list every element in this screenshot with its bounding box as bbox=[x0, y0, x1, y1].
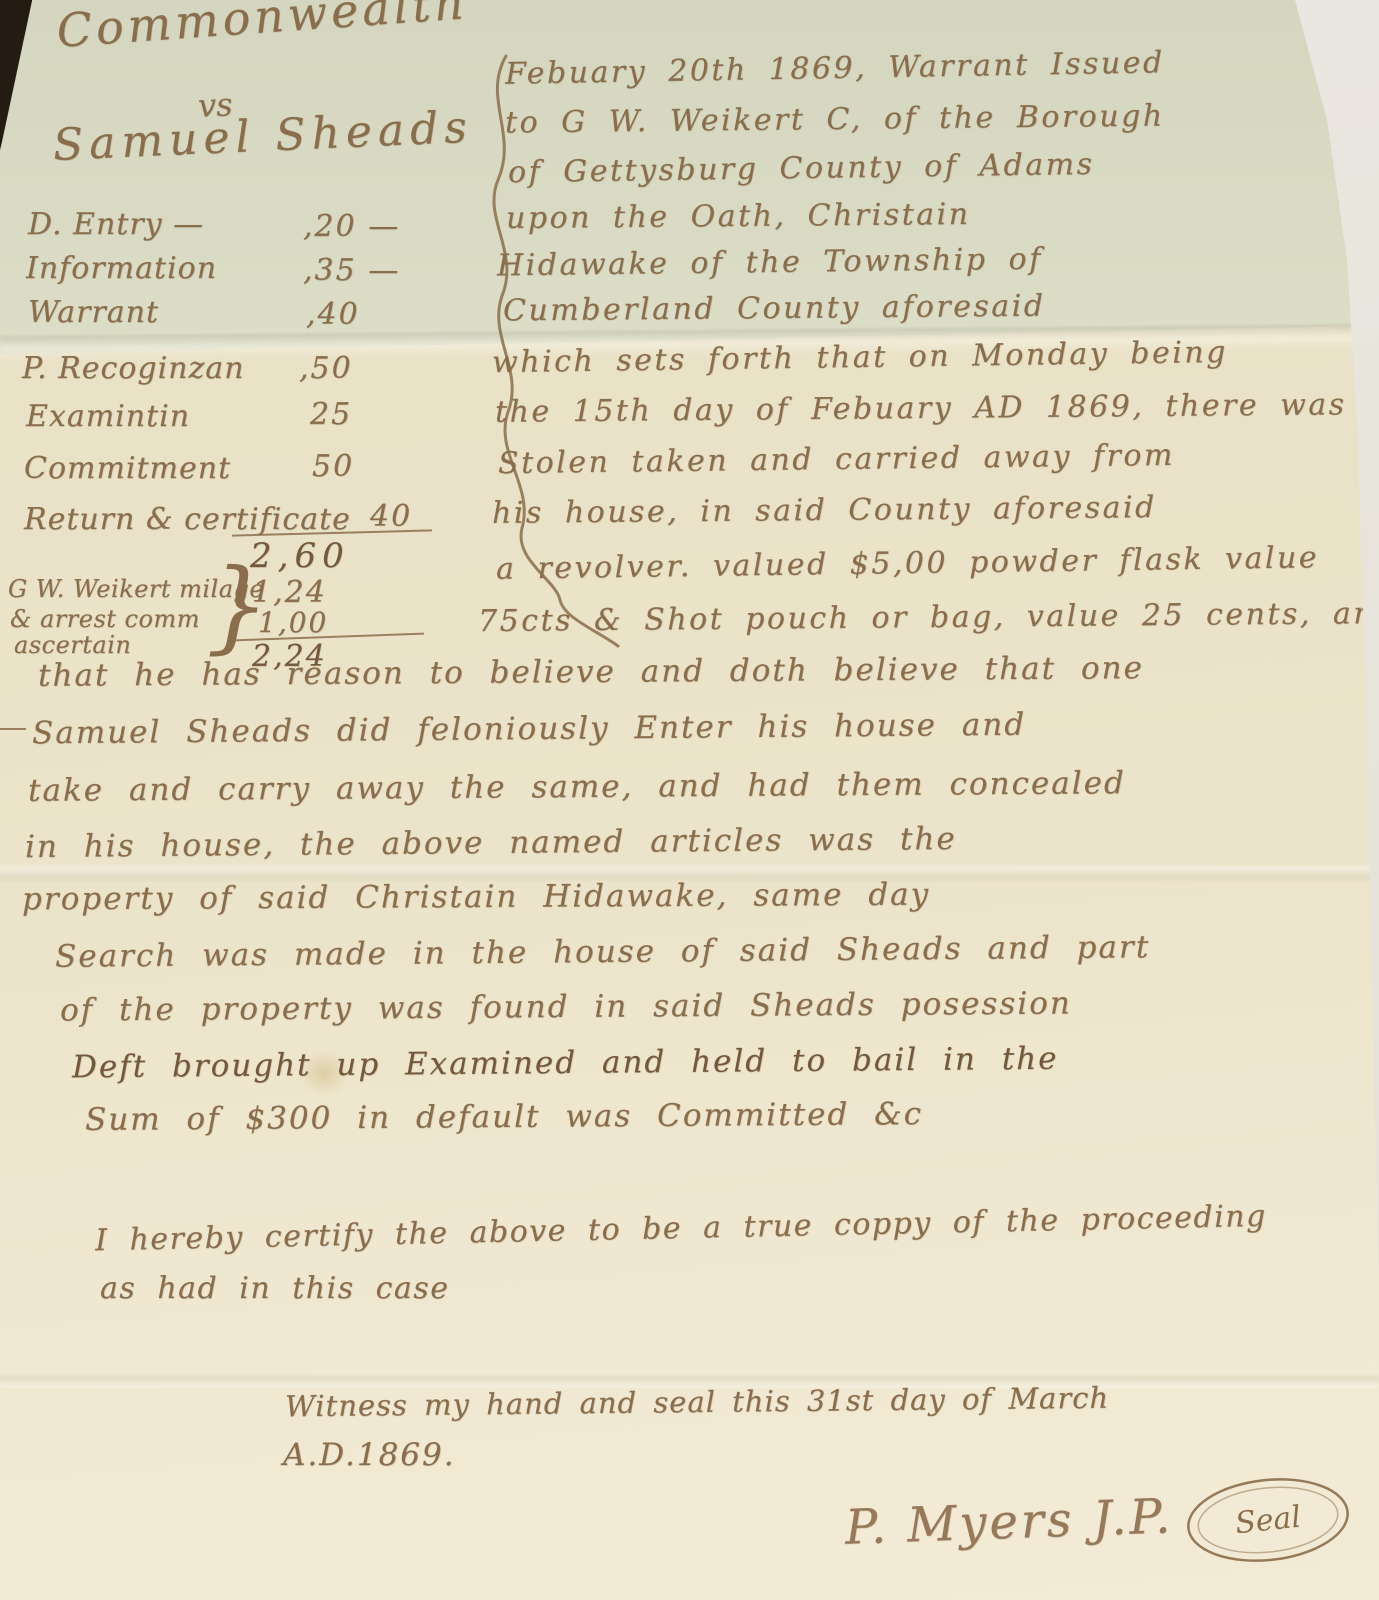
justice-signature: P. Myers J.P. bbox=[844, 1490, 1174, 1554]
fee-row-label: D. Entry — bbox=[28, 208, 204, 241]
body-line: Samuel Sheads did feloniously Enter his … bbox=[32, 708, 1026, 751]
fee-row-label: Information bbox=[26, 252, 217, 285]
warrant-line: upon the Oath, Christain bbox=[506, 198, 971, 235]
warrant-line: his house, in said County aforesaid bbox=[492, 491, 1157, 530]
fee-row-amount: ,20 — bbox=[303, 210, 400, 243]
fee-row-amount: 25 bbox=[310, 398, 352, 431]
body-line: Deft brought up Examined and held to bai… bbox=[72, 1042, 1059, 1085]
witness-date: A.D.1869. bbox=[283, 1438, 456, 1472]
body-line: Search was made in the house of said She… bbox=[55, 930, 1150, 974]
fee-row-amount: ,35 — bbox=[303, 254, 400, 287]
fee-row-amount: 50 bbox=[312, 450, 354, 483]
body-line: property of said Christain Hidawake, sam… bbox=[22, 878, 930, 917]
seal-oval: Seal bbox=[1175, 1461, 1360, 1579]
body-line: that he has reason to believe and doth b… bbox=[38, 651, 1144, 693]
body-line: in his house, the above named articles w… bbox=[25, 822, 957, 864]
fee-row-amount: ,50 bbox=[299, 352, 353, 385]
fee-row-label: Warrant bbox=[28, 296, 159, 329]
fee-row-label: P. Recoginzan bbox=[22, 352, 245, 385]
fee-row-label: Commitment bbox=[24, 452, 231, 485]
fee-row-label: Return & certificate bbox=[24, 503, 351, 536]
warrant-line: Hidawake of the Township of bbox=[497, 243, 1043, 283]
officer-line: & arrest comm bbox=[10, 606, 200, 632]
photo-canvas: Commonwealth vs Samuel Sheads D. Entry —… bbox=[0, 0, 1379, 1600]
witness-line: Witness my hand and seal this 31st day o… bbox=[285, 1383, 1109, 1424]
warrant-line: Cumberland County aforesaid bbox=[503, 290, 1046, 328]
fee-row-amount: 40 bbox=[370, 500, 412, 533]
body-line: take and carry away the same, and had th… bbox=[28, 766, 1126, 808]
margin-dash bbox=[0, 728, 26, 730]
body-line: of the property was found in said Sheads… bbox=[60, 986, 1072, 1027]
certification-line: I hereby certify the above to be a true … bbox=[95, 1200, 1267, 1258]
certification-line: as had in this case bbox=[100, 1272, 449, 1305]
warrant-line: 75cts & Shot pouch or bag, value 25 cent… bbox=[478, 597, 1379, 638]
warrant-line: Stolen taken and carried away from bbox=[498, 439, 1175, 480]
officer-line: ascertain bbox=[14, 632, 131, 658]
officer-amount: 1,24 bbox=[252, 576, 327, 609]
document-paper: Commonwealth vs Samuel Sheads D. Entry —… bbox=[0, 0, 1379, 1600]
warrant-line: of Gettysburg County of Adams bbox=[508, 148, 1095, 189]
fee-row-amount: ,40 bbox=[306, 298, 360, 331]
seal-label: Seal bbox=[1234, 1500, 1303, 1542]
warrant-line: to G W. Weikert C, of the Borough bbox=[505, 100, 1165, 140]
fee-row-label: Examintin bbox=[26, 400, 190, 433]
warrant-line: the 15th day of Febuary AD 1869, there w… bbox=[495, 388, 1347, 428]
officer-amount: 1,00 bbox=[258, 608, 328, 639]
body-line: Sum of $300 in default was Committed &c bbox=[85, 1097, 923, 1137]
